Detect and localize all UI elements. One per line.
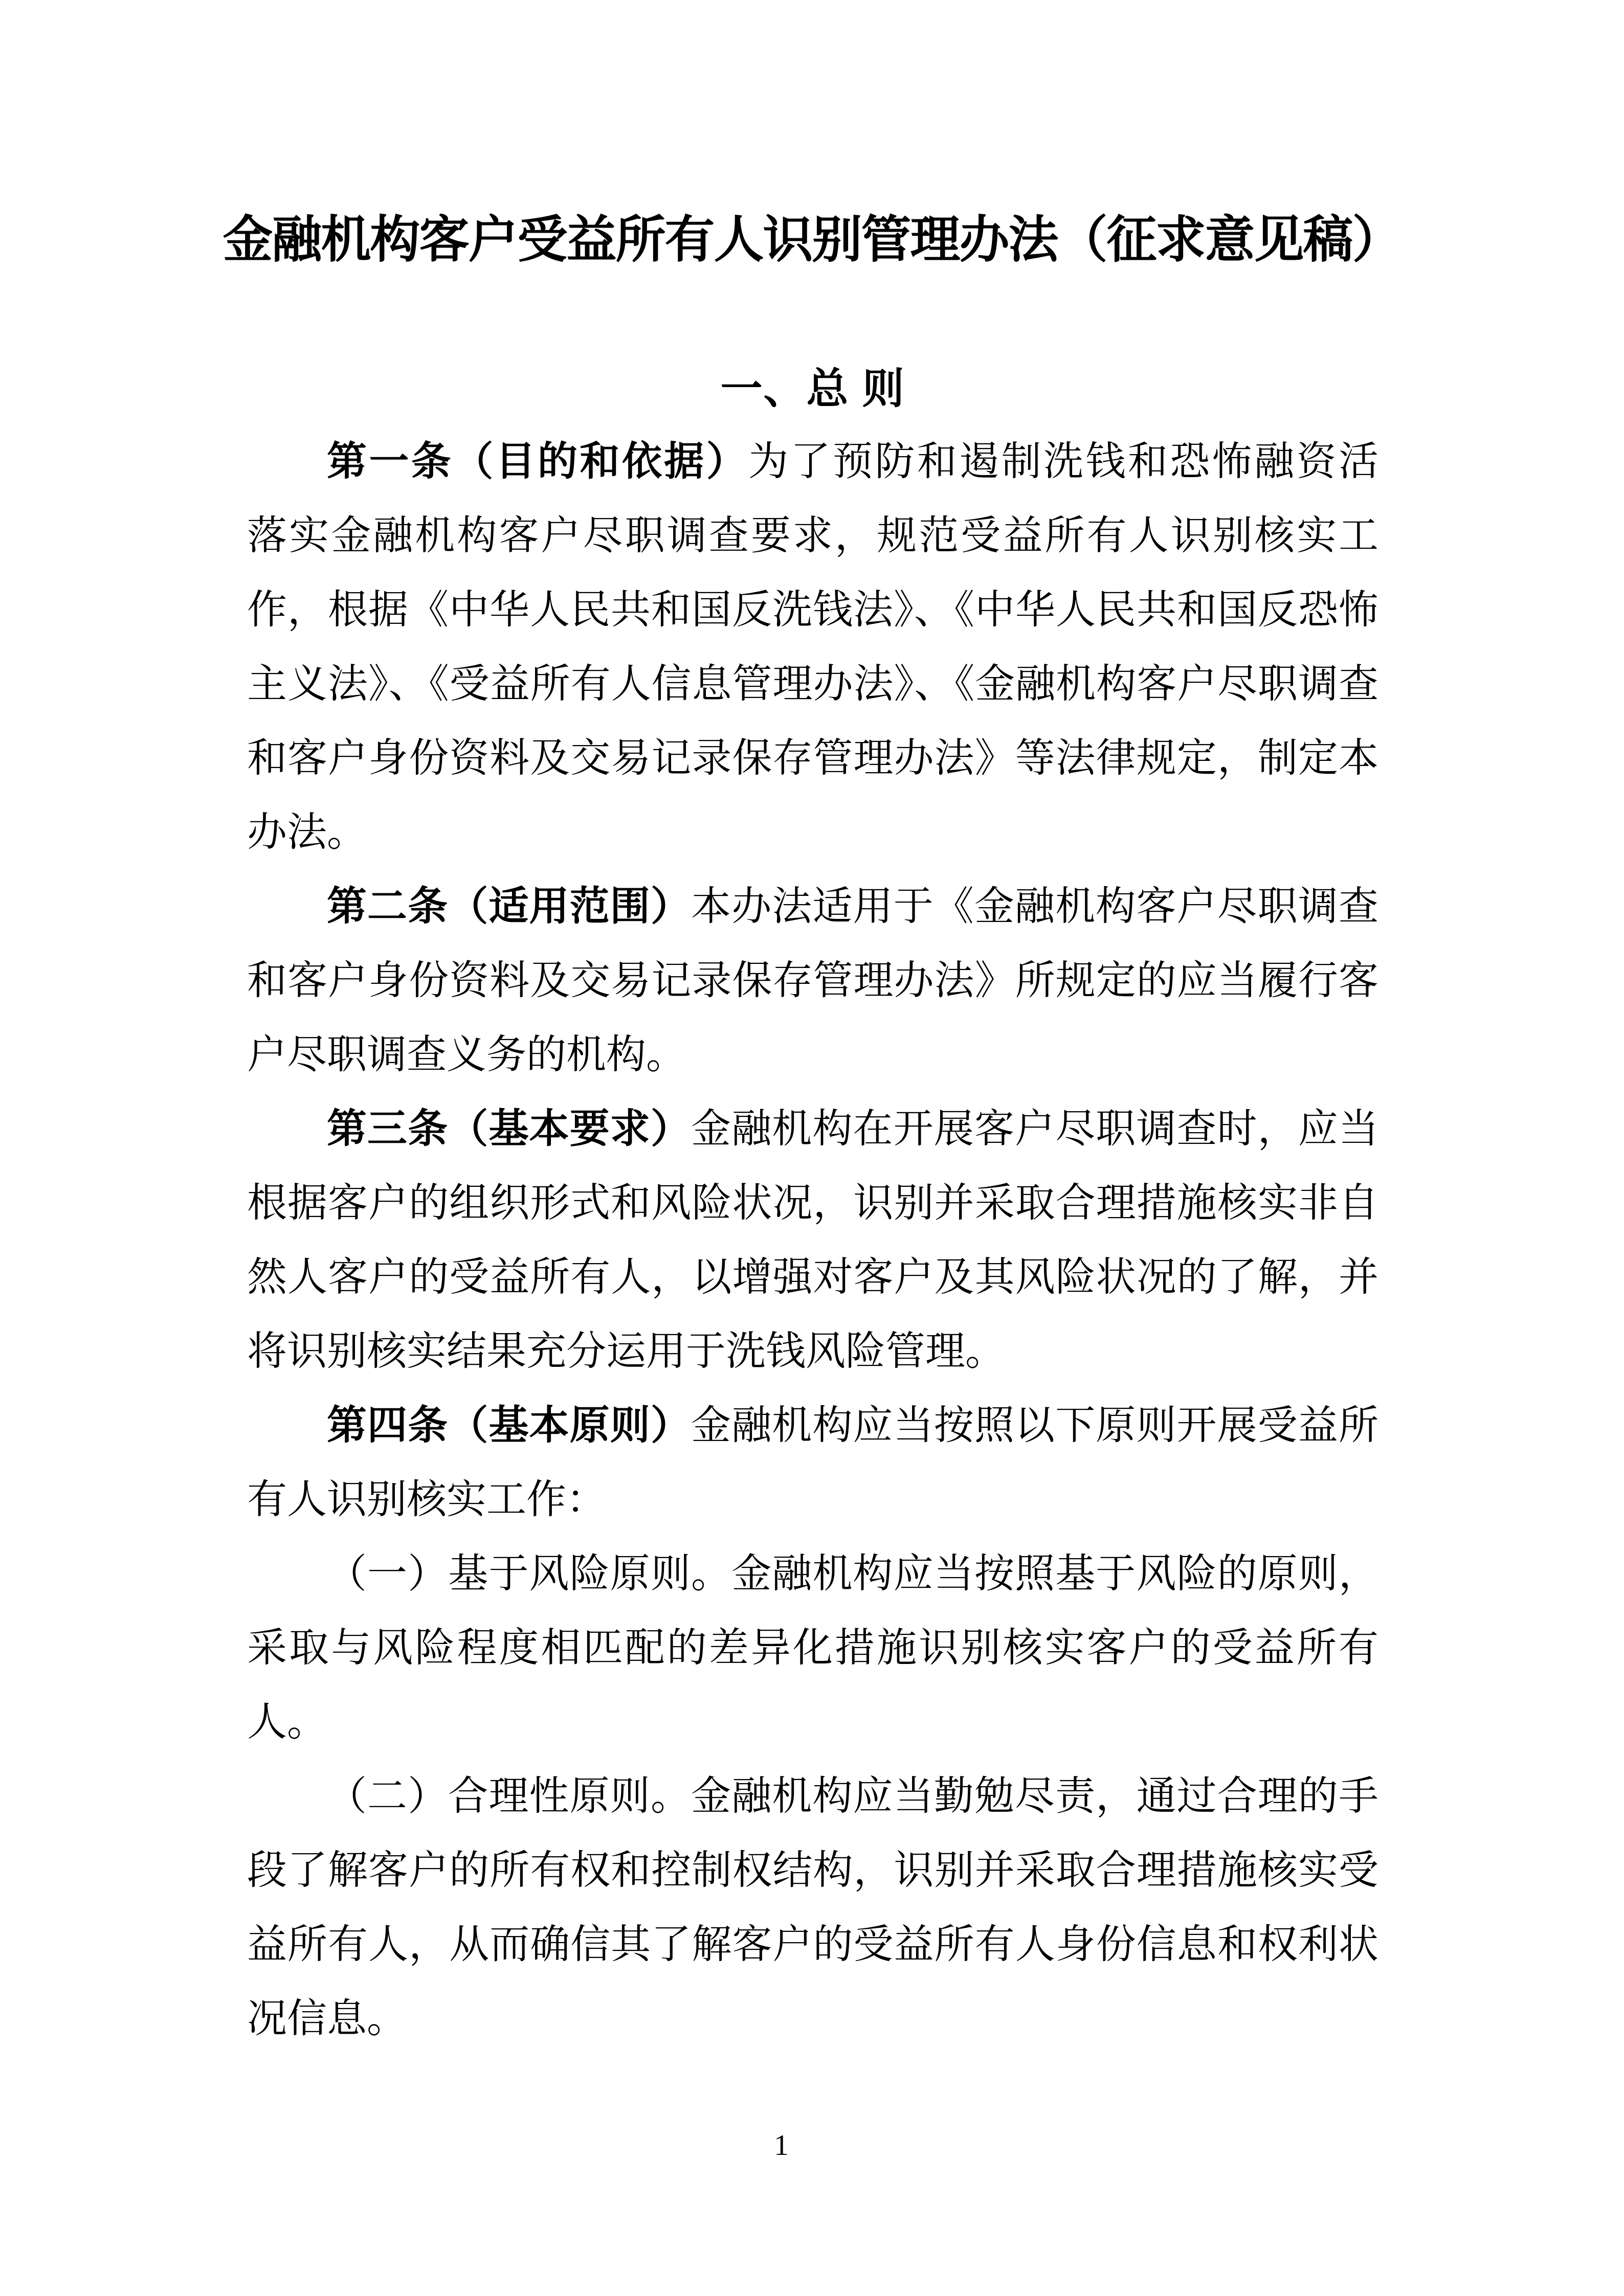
text-line: 第四条（基本原则）金融机构应当按照以下原则开展受益所: [247, 1388, 1378, 1462]
line-text: 人。: [247, 1700, 327, 1744]
text-line: 然人客户的受益所有人，以增强对客户及其风险状况的了解，并: [247, 1240, 1378, 1314]
line-text: 作，根据《中华人民共和国反洗钱法》、《中华人民共和国反恐怖: [247, 588, 1378, 632]
text-line: 办法。: [247, 795, 1378, 869]
text-line: （二）合理性原则。金融机构应当勤勉尽责，通过合理的手: [247, 1759, 1378, 1833]
line-text: 金融机构在开展客户尽职调查时，应当: [691, 1107, 1378, 1151]
line-text: 段了解客户的所有权和控制权结构，识别并采取合理措施核实受: [247, 1848, 1378, 1893]
article-lead-text: 第三条（基本要求）: [327, 1106, 691, 1151]
text-line: 和客户身份资料及交易记录保存管理办法》等法律规定，制定本: [247, 721, 1378, 795]
page-number: 1: [774, 2128, 789, 2162]
text-line: 和客户身份资料及交易记录保存管理办法》所规定的应当履行客: [247, 943, 1378, 1018]
line-text: 有人识别核实工作：: [247, 1477, 606, 1522]
text-line: 根据客户的组织形式和风险状况，识别并采取合理措施核实非自: [247, 1166, 1378, 1240]
line-text: （二）合理性原则。金融机构应当勤勉尽责，通过合理的手: [327, 1774, 1378, 1818]
text-line: 益所有人，从而确信其了解客户的受益所有人身份信息和权利状: [247, 1907, 1378, 1982]
line-text: 益所有人，从而确信其了解客户的受益所有人身份信息和权利状: [247, 1922, 1378, 1967]
article-lead-text: 第二条（适用范围）: [327, 884, 691, 929]
line-text: 将识别核实结果充分运用于洗钱风险管理。: [247, 1329, 1005, 1374]
chapter-heading: 一、总 则: [247, 352, 1378, 426]
text-line: 采取与风险程度相匹配的差异化措施识别核实客户的受益所有: [247, 1611, 1378, 1685]
document-body: 第一条（目的和依据）为了预防和遏制洗钱和恐怖融资活动，落实金融机构客户尽职调查要…: [247, 424, 1378, 2056]
text-line: 将识别核实结果充分运用于洗钱风险管理。: [247, 1314, 1378, 1388]
article-lead-text: 第四条（基本原则）: [327, 1403, 691, 1448]
text-line: 户尽职调查义务的机构。: [247, 1018, 1378, 1092]
text-line: 落实金融机构客户尽职调查要求，规范受益所有人识别核实工: [247, 499, 1378, 573]
line-text: 户尽职调查义务的机构。: [247, 1032, 686, 1077]
line-text: 根据客户的组织形式和风险状况，识别并采取合理措施核实非自: [247, 1181, 1378, 1225]
line-text: 主义法》、《受益所有人信息管理办法》、《金融机构客户尽职调查: [247, 662, 1378, 706]
line-text: 采取与风险程度相匹配的差异化措施识别核实客户的受益所有: [247, 1626, 1378, 1670]
text-line: （一）基于风险原则。金融机构应当按照基于风险的原则，: [247, 1537, 1378, 1611]
text-line: 第三条（基本要求）金融机构在开展客户尽职调查时，应当: [247, 1092, 1378, 1166]
line-text: （一）基于风险原则。金融机构应当按照基于风险的原则，: [327, 1551, 1378, 1596]
text-line: 第一条（目的和依据）为了预防和遏制洗钱和恐怖融资活动，: [247, 424, 1378, 499]
document-page: 金融机构客户受益所有人识别管理办法（征求意见稿） 一、总 则 第一条（目的和依据…: [0, 0, 1624, 2296]
text-line: 有人识别核实工作：: [247, 1462, 1378, 1537]
document-title: 金融机构客户受益所有人识别管理办法（征求意见稿）: [215, 197, 1409, 284]
article-lead-text: 第一条（目的和依据）: [327, 439, 748, 484]
paragraph-article-4-item-1: （一）基于风险原则。金融机构应当按照基于风险的原则，采取与风险程度相匹配的差异化…: [247, 1537, 1378, 1759]
text-line: 第二条（适用范围）本办法适用于《金融机构客户尽职调查: [247, 869, 1378, 943]
text-line: 段了解客户的所有权和控制权结构，识别并采取合理措施核实受: [247, 1833, 1378, 1907]
line-text: 本办法适用于《金融机构客户尽职调查: [691, 884, 1378, 929]
line-text: 和客户身份资料及交易记录保存管理办法》所规定的应当履行客: [247, 958, 1378, 1003]
paragraph-article-3: 第三条（基本要求）金融机构在开展客户尽职调查时，应当根据客户的组织形式和风险状况…: [247, 1092, 1378, 1388]
paragraph-article-4-item-2: （二）合理性原则。金融机构应当勤勉尽责，通过合理的手段了解客户的所有权和控制权结…: [247, 1759, 1378, 2056]
page-footer: 1: [246, 2122, 1317, 2168]
line-text: 落实金融机构客户尽职调查要求，规范受益所有人识别核实工: [247, 513, 1378, 558]
line-text: 金融机构应当按照以下原则开展受益所: [691, 1403, 1378, 1448]
text-line: 人。: [247, 1685, 1378, 1759]
paragraph-article-1: 第一条（目的和依据）为了预防和遏制洗钱和恐怖融资活动，落实金融机构客户尽职调查要…: [247, 424, 1378, 869]
text-line: 主义法》、《受益所有人信息管理办法》、《金融机构客户尽职调查: [247, 647, 1378, 721]
text-line: 作，根据《中华人民共和国反洗钱法》、《中华人民共和国反恐怖: [247, 573, 1378, 647]
line-text: 和客户身份资料及交易记录保存管理办法》等法律规定，制定本: [247, 736, 1378, 780]
text-line: 况信息。: [247, 1982, 1378, 2056]
line-text: 况信息。: [247, 1996, 407, 2041]
line-text: 然人客户的受益所有人，以增强对客户及其风险状况的了解，并: [247, 1255, 1378, 1299]
paragraph-article-2: 第二条（适用范围）本办法适用于《金融机构客户尽职调查和客户身份资料及交易记录保存…: [247, 869, 1378, 1092]
line-text: 办法。: [247, 810, 367, 854]
paragraph-article-4: 第四条（基本原则）金融机构应当按照以下原则开展受益所有人识别核实工作：: [247, 1388, 1378, 1537]
